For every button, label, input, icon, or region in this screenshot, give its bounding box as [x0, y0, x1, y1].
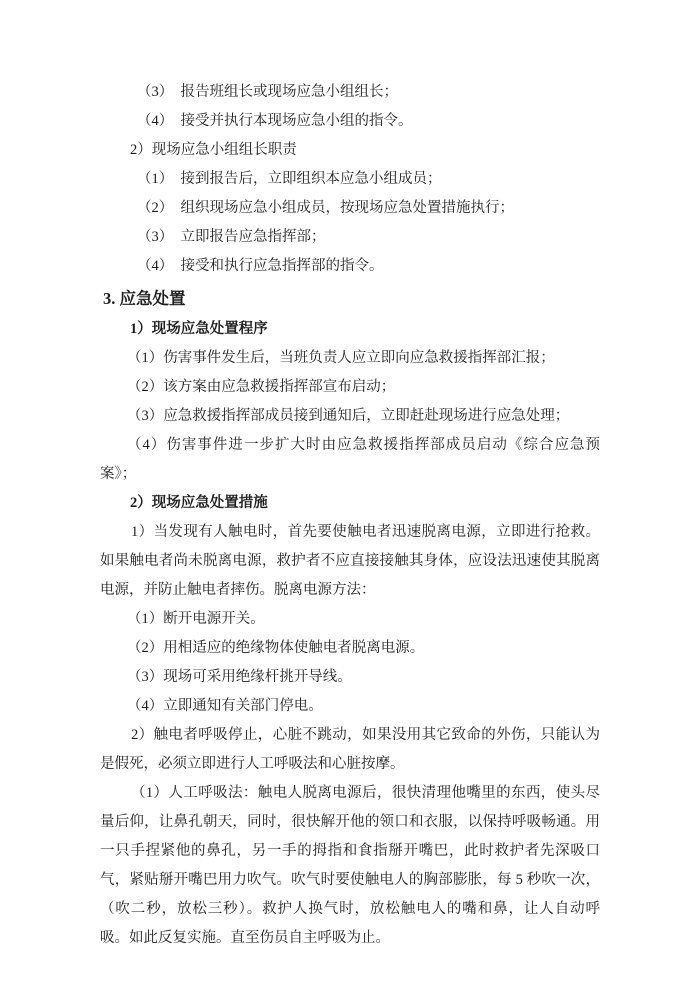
document-page: （3） 报告班组长或现场应急小组组长； （4） 接受并执行本现场应急小组的指令。…	[0, 0, 700, 990]
sub-heading-bold: 2）现场应急处置措施	[100, 489, 600, 518]
paragraph: （1）人工呼吸法：触电人脱离电源后，很快清理他嘴里的东西，使头尽量后仰，让鼻孔朝…	[100, 779, 600, 953]
paragraph: 1）当发现有人触电时，首先要使触电者迅速脱离电源，立即进行抢救。如果触电者尚未脱…	[100, 518, 600, 605]
list-item: （3） 报告班组长或现场应急小组组长；	[100, 78, 600, 107]
sub-heading: 2）现场应急小组组长职责	[100, 136, 600, 165]
list-item: （3）应急救援指挥部成员接到通知后，立即赶赴现场进行应急处理；	[100, 402, 600, 431]
list-item: （4） 接受并执行本现场应急小组的指令。	[100, 107, 600, 136]
paragraph: 2）触电者呼吸停止，心脏不跳动，如果没用其它致命的外伤，只能认为是假死，必须立即…	[100, 721, 600, 779]
list-item: （3）现场可采用绝缘杆挑开导线。	[100, 663, 600, 692]
document-body: （3） 报告班组长或现场应急小组组长； （4） 接受并执行本现场应急小组的指令。…	[100, 78, 600, 953]
list-item: （2） 组织现场应急小组成员，按现场应急处置措施执行；	[100, 194, 600, 223]
list-item: （1）断开电源开关。	[100, 605, 600, 634]
list-item: （4）伤害事件进一步扩大时由应急救援指挥部成员启动《综合应急预案》；	[100, 431, 600, 489]
list-item: （1）伤害事件发生后，当班负责人应立即向应急救援指挥部汇报；	[100, 344, 600, 373]
section-heading: 3. 应急处置	[100, 283, 600, 314]
list-item: （1） 接到报告后，立即组织本应急小组成员；	[100, 165, 600, 194]
list-item: （4） 接受和执行应急指挥部的指令。	[100, 252, 600, 281]
list-item: （3） 立即报告应急指挥部；	[100, 223, 600, 252]
list-item: （2）该方案由应急救援指挥部宣布启动；	[100, 373, 600, 402]
sub-heading-bold: 1）现场应急处置程序	[100, 315, 600, 344]
list-item: （2）用相适应的绝缘物体使触电者脱离电源。	[100, 634, 600, 663]
list-item: （4）立即通知有关部门停电。	[100, 692, 600, 721]
